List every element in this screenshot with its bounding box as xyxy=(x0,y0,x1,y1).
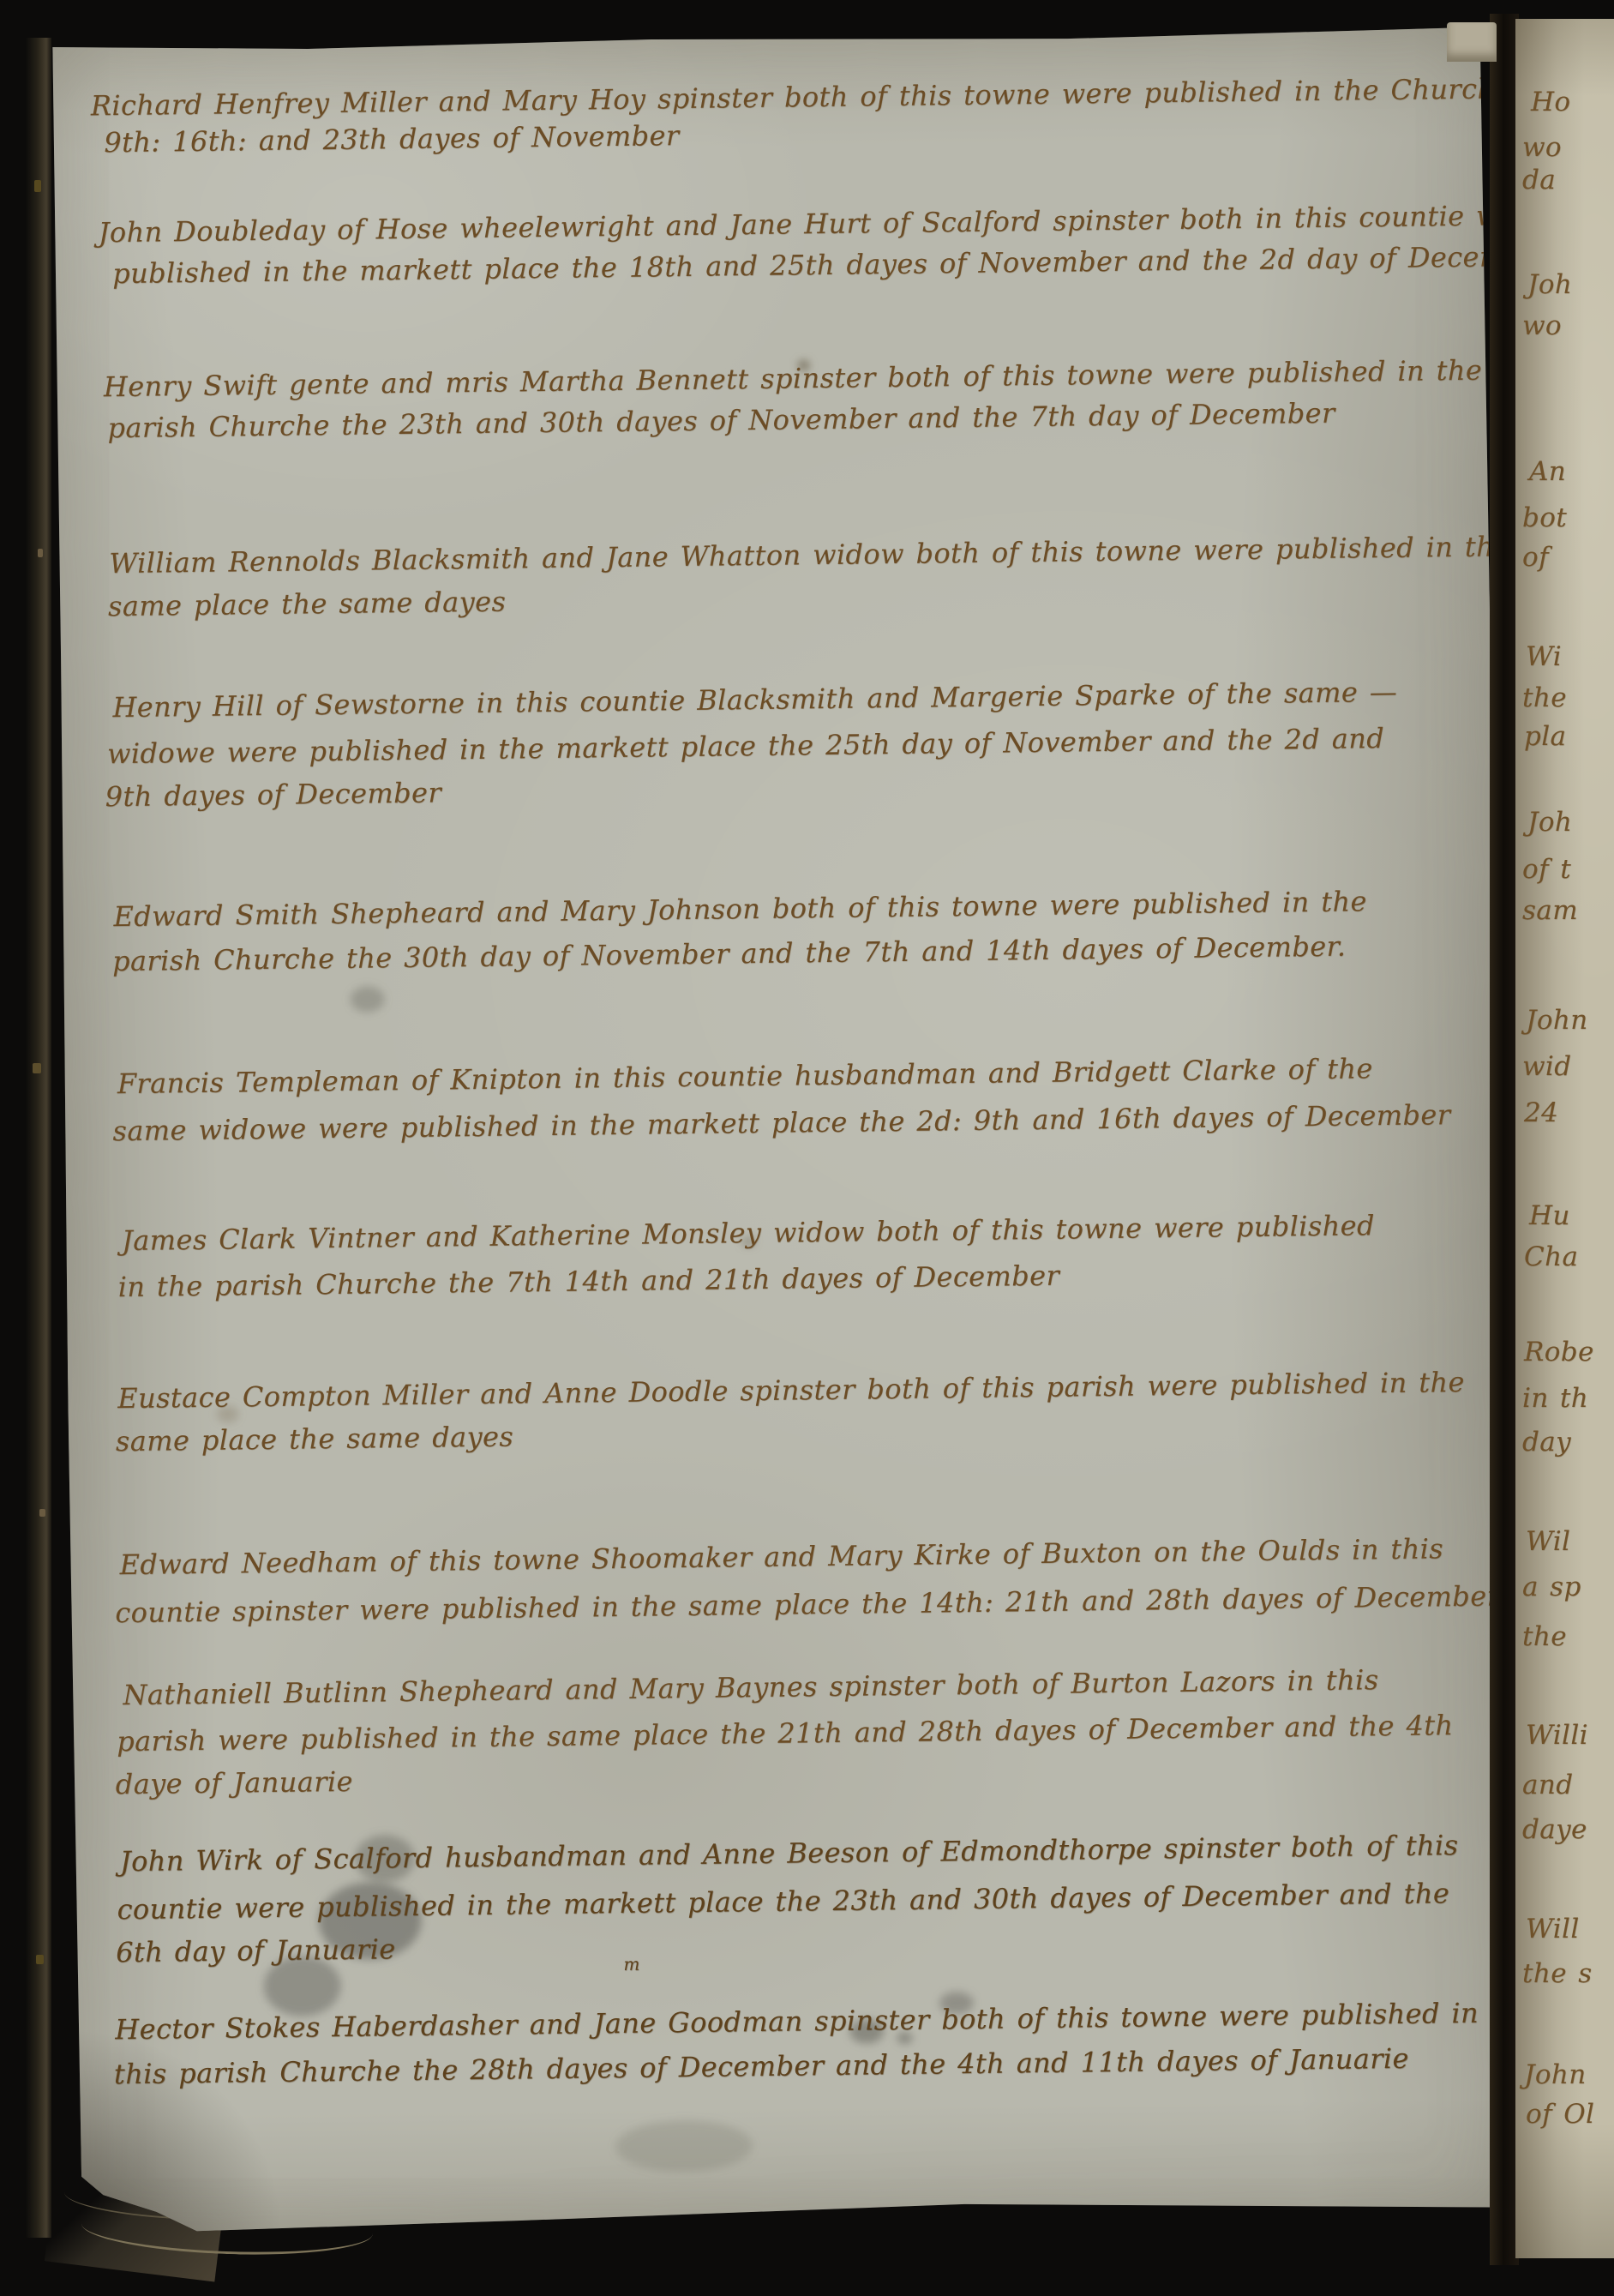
facing-fragment-line: of t xyxy=(1522,854,1571,885)
ink-stain xyxy=(615,2119,753,2173)
facing-fragment-line: Cha xyxy=(1524,1241,1578,1272)
facing-fragment-line: pla xyxy=(1524,721,1566,752)
register-entry-line: 6th day of Januarie xyxy=(116,1932,396,1968)
register-entry-line: Henry Swift gente and mris Martha Bennet… xyxy=(104,354,1483,404)
facing-fragment-line: Wi xyxy=(1526,641,1562,672)
register-entry-line: countie were published in the markett pl… xyxy=(117,1877,1449,1926)
facing-fragment-line: 24 xyxy=(1524,1097,1558,1128)
page-edge-speck xyxy=(34,180,41,192)
register-entry-line: countie spinster were published in the s… xyxy=(115,1579,1500,1629)
register-entry-line: in the parish Churche the 7th 14th and 2… xyxy=(117,1259,1059,1303)
register-entry-line: John Doubleday of Hose wheelewright and … xyxy=(98,199,1509,249)
facing-fragment-line: Robe xyxy=(1524,1337,1594,1367)
facing-fragment-line: of xyxy=(1522,542,1549,573)
ink-stain xyxy=(350,986,384,1012)
facing-fragment-line: and xyxy=(1522,1770,1574,1800)
facing-fragment-line: Joh xyxy=(1527,269,1572,300)
register-entry-line: Edward Needham of this towne Shoomaker a… xyxy=(119,1532,1443,1581)
register-entry-line: Nathaniell Butlinn Shepheard and Mary Ba… xyxy=(123,1663,1378,1711)
register-entry-line: William Rennolds Blacksmith and Jane Wha… xyxy=(109,530,1509,580)
facing-fragment-line: da xyxy=(1522,165,1556,195)
register-entry-line: James Clark Vintner and Katherine Monsle… xyxy=(122,1209,1375,1257)
register-entry-line: published in the markett place the 18th … xyxy=(112,240,1509,291)
register-entry-line: parish Churche the 23th and 30th dayes o… xyxy=(107,397,1335,444)
facing-fragment-line: Will xyxy=(1526,1914,1580,1944)
register-entry-line: Edward Smith Shepheard and Mary Johnson … xyxy=(113,885,1367,933)
facing-fragment-line: Ho xyxy=(1531,87,1571,117)
manuscript-scan: Richard Henfrey Miller and Mary Hoy spin… xyxy=(0,0,1614,2296)
facing-fragment-line: the xyxy=(1522,1621,1567,1652)
page-edge-speck xyxy=(38,549,43,557)
page-edge-speck xyxy=(33,1063,41,1073)
facing-fragment-line: John xyxy=(1526,1005,1588,1036)
facing-fragment-line: daye xyxy=(1522,1814,1587,1845)
register-entry-line: parish Churche the 30th day of November … xyxy=(112,930,1347,978)
facing-fragment-line: bot xyxy=(1522,502,1567,533)
facing-fragment-line: wo xyxy=(1522,310,1562,341)
facing-fragment-line: Wil xyxy=(1526,1526,1570,1557)
facing-fragment-line: a sp xyxy=(1522,1572,1581,1602)
page-edge-speck xyxy=(36,1955,44,1964)
book-gutter xyxy=(1490,14,1519,2265)
register-entry-line: parish were published in the same place … xyxy=(117,1709,1454,1758)
facing-page-sliver: Ho wo da Joh wo An bot of Wi the pla Joh… xyxy=(1515,19,1614,2258)
register-entry-line: 9th dayes of December xyxy=(105,776,441,813)
register-entry-line: 9th: 16th: and 23th dayes of November xyxy=(104,119,680,159)
book-spine-edge xyxy=(26,38,51,2238)
facing-fragment-line: the xyxy=(1522,682,1567,713)
facing-fragment-line: Willi xyxy=(1526,1720,1588,1751)
facing-fragment-line: Hu xyxy=(1529,1200,1570,1231)
register-entry-line: Francis Templeman of Knipton in this cou… xyxy=(117,1052,1373,1100)
register-entry-line: daye of Januarie xyxy=(116,1765,354,1800)
facing-fragment-line: day xyxy=(1522,1427,1571,1458)
facing-fragment-line: John xyxy=(1524,2059,1587,2090)
register-entry-line: Henry Hill of Sewstorne in this countie … xyxy=(112,676,1397,724)
register-entry-line: same place the same dayes xyxy=(108,586,507,623)
register-entry-line: same place the same dayes xyxy=(116,1421,514,1458)
register-entry-line: Eustace Compton Miller and Anne Doodle s… xyxy=(117,1366,1465,1415)
facing-fragment-line: wo xyxy=(1522,132,1562,163)
register-entry-line: John Wirk of Scalford husbandman and Ann… xyxy=(120,1829,1459,1878)
register-entry-line: Richard Henfrey Miller and Mary Hoy spin… xyxy=(91,71,1509,122)
facing-fragment-line: wid xyxy=(1522,1051,1572,1082)
facing-fragment-line: in th xyxy=(1522,1383,1588,1414)
page-tab xyxy=(1447,22,1497,62)
facing-fragment-line: of Ol xyxy=(1526,2099,1594,2130)
register-page: Richard Henfrey Miller and Mary Hoy spin… xyxy=(50,27,1509,2236)
facing-fragment-line: An xyxy=(1529,456,1566,487)
facing-fragment-line: sam xyxy=(1522,895,1578,926)
register-entry-line: same widowe were published in the market… xyxy=(112,1098,1450,1147)
facing-fragment-line: the s xyxy=(1522,1958,1593,1989)
facing-fragment-line: Joh xyxy=(1527,807,1572,838)
register-entry-line: widowe were published in the markett pla… xyxy=(107,722,1384,770)
insertion-mark: m xyxy=(623,1954,639,1974)
page-edge-speck xyxy=(39,1509,45,1517)
